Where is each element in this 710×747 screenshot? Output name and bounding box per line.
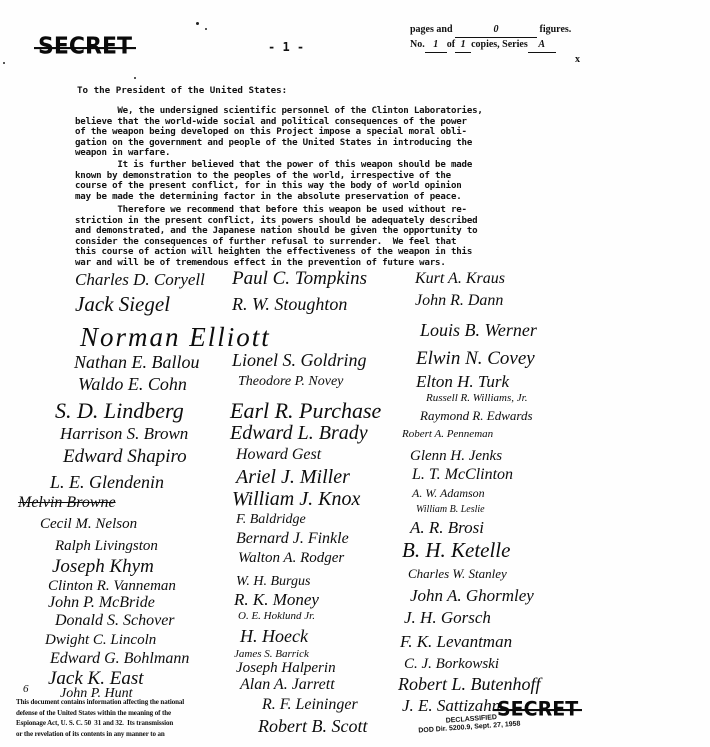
- signature: H. Hoeck: [240, 626, 308, 647]
- signature: Robert A. Penneman: [402, 428, 493, 440]
- paragraph-2: It is further believed that the power of…: [75, 160, 575, 202]
- page-number: - 1 -: [268, 40, 304, 54]
- signature: William J. Knox: [232, 488, 360, 511]
- signature: John R. Dann: [415, 292, 503, 310]
- of-label: of: [447, 39, 455, 50]
- signature: Raymond R. Edwards: [420, 408, 533, 424]
- signature: Cecil M. Nelson: [40, 516, 137, 533]
- signature: Robert L. Butenhoff: [398, 674, 541, 695]
- salutation: To the President of the United States:: [77, 85, 287, 96]
- scan-speck: [196, 22, 199, 25]
- signature: B. H. Ketelle: [402, 538, 510, 563]
- signature: Elton H. Turk: [416, 372, 509, 392]
- strikethrough-line: [34, 47, 136, 49]
- signature: A. W. Adamson: [412, 486, 485, 501]
- signature: Edward L. Brady: [230, 422, 368, 445]
- signature: J. E. Sattizahn: [402, 696, 500, 716]
- signature: Robert B. Scott: [258, 716, 367, 737]
- signature: O. E. Hoklund Jr.: [238, 610, 315, 622]
- signature: Jack Siegel: [75, 292, 170, 317]
- signature: Joseph Khym: [52, 556, 154, 578]
- signature: James S. Barrick: [234, 648, 309, 660]
- signature: S. D. Lindberg: [55, 398, 184, 424]
- signature: Joseph Halperin: [236, 660, 336, 677]
- scan-speck: [205, 28, 207, 30]
- signature: R. W. Stoughton: [232, 294, 347, 315]
- signature: Ariel J. Miller: [236, 466, 350, 489]
- signature: J. H. Gorsch: [404, 608, 491, 628]
- classification-stamp-top: SECRET: [38, 33, 132, 59]
- espionage-act-notice: This document contains information affec…: [16, 697, 261, 739]
- signature: Walton A. Rodger: [238, 550, 344, 567]
- signature: Howard Gest: [236, 446, 321, 464]
- signature: Earl R. Purchase: [230, 398, 381, 424]
- signature: Clinton R. Vanneman: [48, 578, 176, 595]
- series-value: A: [528, 38, 556, 53]
- signature: Paul C. Tompkins: [232, 268, 367, 290]
- signature: F. Baldridge: [236, 512, 306, 528]
- check-mark: x: [575, 53, 580, 67]
- signature: F. K. Levantman: [400, 632, 512, 652]
- signature: Edward G. Bohlmann: [50, 650, 189, 668]
- signature: Edward Shapiro: [63, 446, 187, 468]
- signature: Nathan E. Ballou: [74, 352, 200, 373]
- scan-speck: [134, 77, 136, 79]
- signature: Norman Elliott: [80, 322, 271, 353]
- copy-info-line-1: pages and 0 figures.: [410, 23, 571, 38]
- signature: Charles W. Stanley: [408, 566, 507, 582]
- signature: R. F. Leininger: [262, 696, 358, 714]
- signature: Ralph Livingston: [55, 538, 158, 555]
- strikethrough-line: [493, 709, 582, 711]
- signature: Charles D. Coryell: [75, 270, 205, 290]
- signature: Kurt A. Kraus: [415, 270, 505, 288]
- copy-number: 1: [425, 38, 447, 53]
- copy-info-block: pages and 0 figures. No.1of1copies, Seri…: [410, 23, 571, 53]
- signature: Alan A. Jarrett: [240, 676, 335, 694]
- figures-count: 0: [455, 23, 537, 38]
- scan-speck: [3, 62, 5, 64]
- signature: Waldo E. Cohn: [78, 374, 187, 395]
- signature: R. K. Money: [234, 590, 319, 610]
- figures-label: figures.: [540, 24, 572, 35]
- signature: John P. McBride: [48, 594, 155, 612]
- signature: Theodore P. Novey: [238, 374, 343, 390]
- signature: W. H. Burgus: [236, 574, 310, 590]
- signature: Louis B. Werner: [420, 320, 537, 341]
- pages-label: pages and: [410, 24, 453, 35]
- signature: Elwin N. Covey: [416, 348, 535, 370]
- signature: L. E. Glendenin: [50, 472, 164, 493]
- signature: Lionel S. Goldring: [232, 350, 367, 371]
- series-label: copies, Series: [471, 39, 528, 50]
- signature: William B. Leslie: [416, 504, 485, 515]
- signature: Donald S. Schover: [55, 612, 175, 630]
- signature: Russell R. Williams, Jr.: [426, 392, 527, 404]
- classification-stamp-bottom: SECRET: [497, 697, 578, 720]
- copy-total: 1: [455, 38, 471, 53]
- signature: C. J. Borkowski: [404, 656, 499, 673]
- signature: Melvin Browne: [18, 494, 116, 512]
- signature: L. T. McClinton: [412, 466, 513, 484]
- margin-number: 6: [23, 683, 29, 695]
- signature: Bernard J. Finkle: [236, 530, 349, 548]
- paragraph-3: Therefore we recommend that before this …: [75, 205, 575, 268]
- signature: John A. Ghormley: [410, 586, 534, 606]
- copy-no-label: No.: [410, 39, 425, 50]
- copy-info-line-2: No.1of1copies, SeriesA: [410, 38, 571, 53]
- signature: Glenn H. Jenks: [410, 448, 502, 465]
- paragraph-1: We, the undersigned scientific personnel…: [75, 106, 575, 159]
- signature: Harrison S. Brown: [60, 424, 188, 444]
- document-page: SECRET - 1 - pages and 0 figures. No.1of…: [0, 0, 710, 747]
- signature: A. R. Brosi: [410, 518, 484, 538]
- signature: Dwight C. Lincoln: [45, 632, 156, 649]
